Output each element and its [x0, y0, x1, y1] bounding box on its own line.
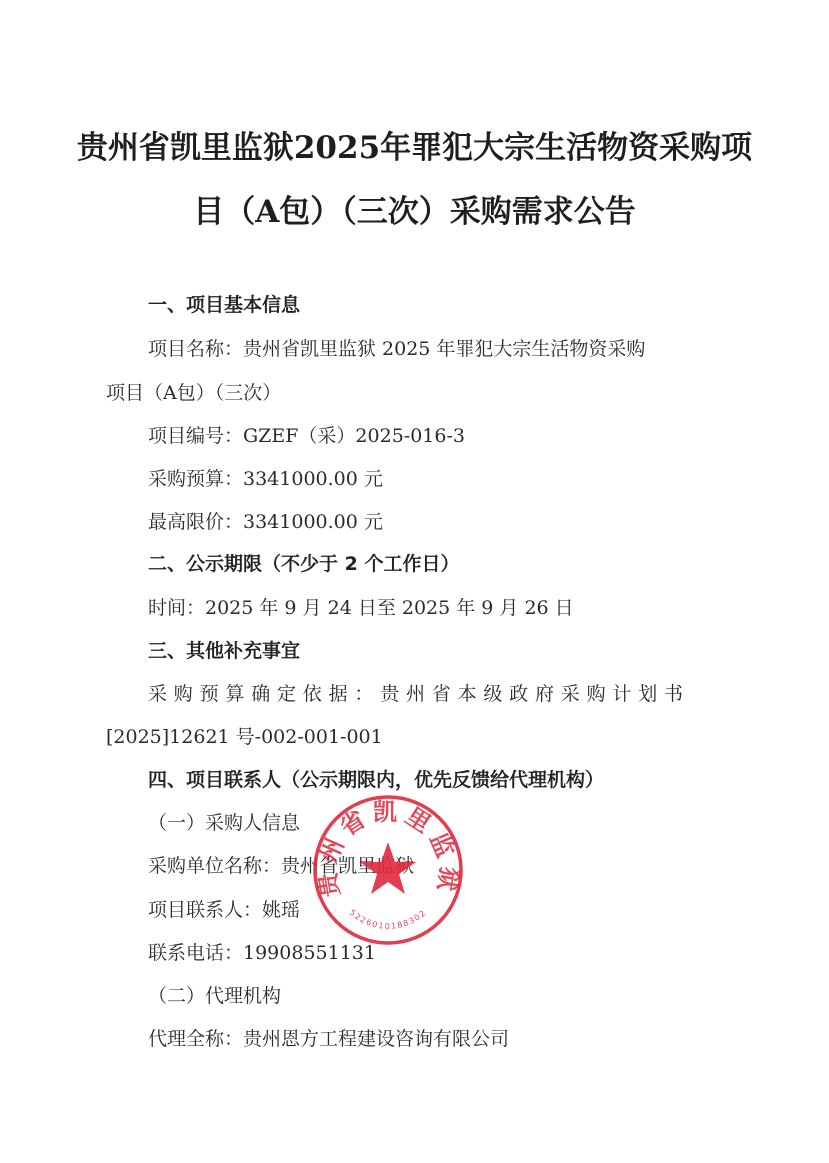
document-title-line-2: 目（A包）（三次）采购需求公告: [0, 186, 829, 231]
project-contact: 项目联系人：姚瑶: [148, 895, 300, 922]
section-3-heading: 三、其他补充事宜: [148, 636, 300, 663]
agency-name: 代理全称：贵州恩方工程建设咨询有限公司: [148, 1024, 509, 1051]
section-4-heading: 四、项目联系人（公示期限内，优先反馈给代理机构）: [148, 765, 604, 792]
project-name-line-2: 项目（A包）（三次）: [106, 378, 281, 405]
project-name-line-1: 项目名称：贵州省凯里监狱 2025 年罪犯大宗生活物资采购: [148, 334, 645, 361]
budget-basis-line-1: 采购预算确定依据：贵州省本级政府采购计划书: [148, 679, 690, 706]
publicity-time: 时间：2025 年 9 月 24 日至 2025 年 9 月 26 日: [148, 593, 574, 620]
procurement-budget: 采购预算：3341000.00 元: [148, 464, 383, 491]
section-2-heading: 二、公示期限（不少于 2 个工作日）: [148, 549, 459, 576]
budget-basis-line-2: [2025]12621 号-002-001-001: [106, 722, 383, 749]
project-number: 项目编号：GZEF（采）2025-016-3: [148, 421, 465, 448]
max-price: 最高限价：3341000.00 元: [148, 507, 383, 534]
agency-subheading: （二）代理机构: [148, 981, 281, 1008]
svg-text:5226010188302: 5226010188302: [348, 908, 429, 931]
document-title-line-1: 贵州省凯里监狱2025年罪犯大宗生活物资采购项: [0, 122, 829, 167]
purchaser-info-subheading: （一）采购人信息: [148, 808, 300, 835]
seal-icon: 贵州省凯里监狱 5226010188302: [310, 792, 466, 948]
official-seal: 贵州省凯里监狱 5226010188302: [310, 792, 466, 948]
section-1-heading: 一、项目基本信息: [148, 290, 300, 317]
